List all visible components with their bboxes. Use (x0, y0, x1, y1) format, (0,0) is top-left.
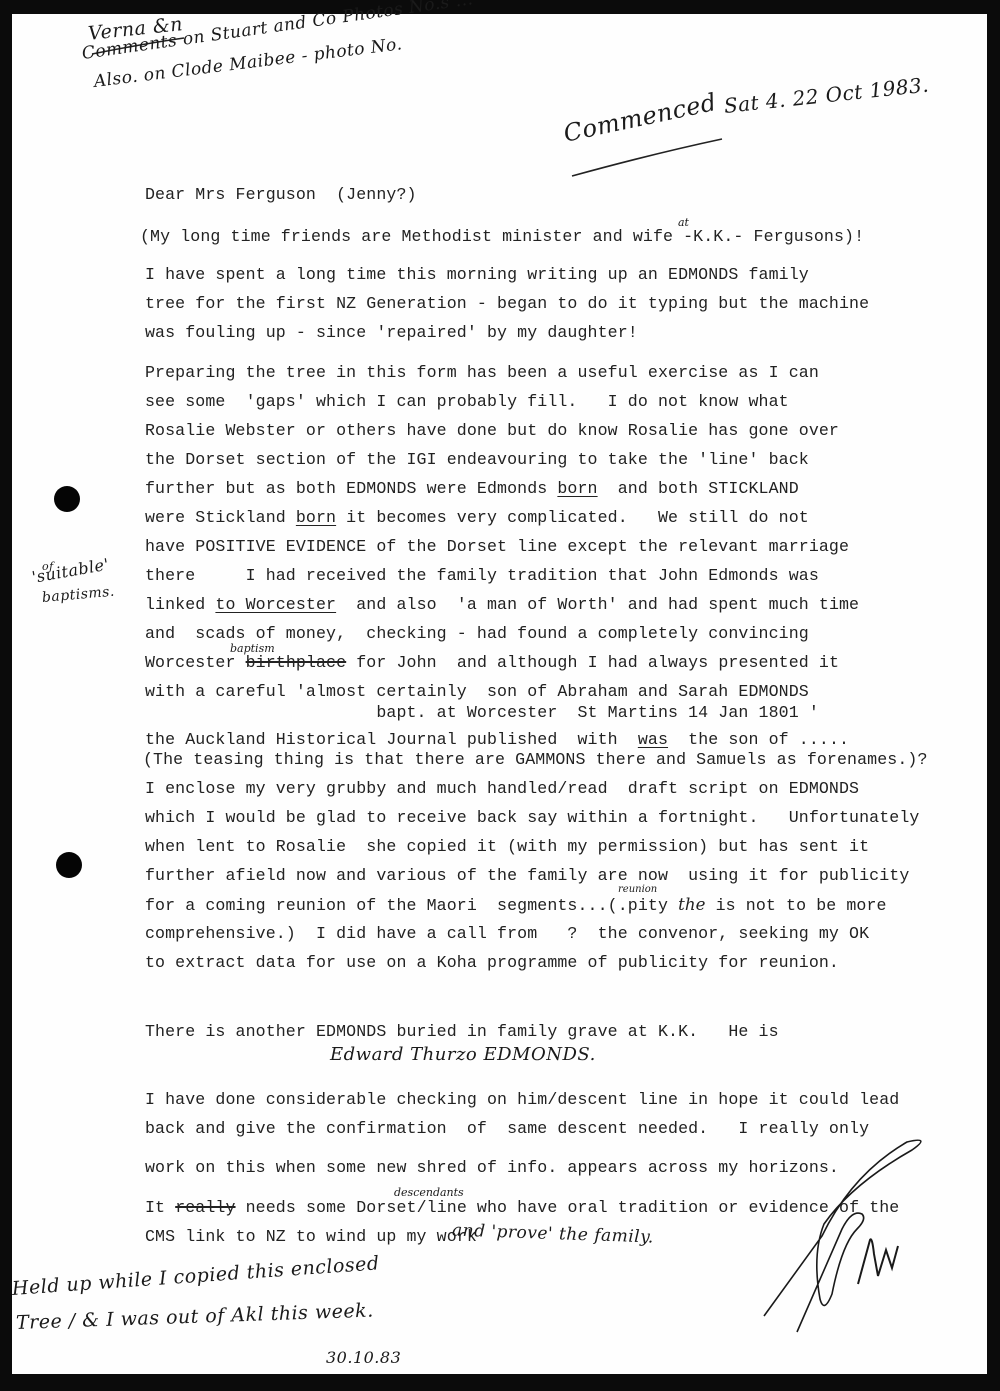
letter-line: I enclose my very grubby and much handle… (145, 779, 859, 798)
signature (12, 14, 22, 24)
letter-line: and scads of money, checking - had found… (145, 624, 809, 643)
commenced-label: Commenced (561, 88, 719, 148)
salutation: Dear Mrs Ferguson (Jenny?) (145, 185, 417, 204)
letter-line: I have spent a long time this morning wr… (145, 265, 809, 284)
letter-line: Worcester birthplace for John and althou… (145, 653, 839, 672)
letter-line: to extract data for use on a Koha progra… (145, 953, 839, 972)
margin-note-baptisms: baptisms. (41, 584, 115, 606)
letter-line: which I would be glad to receive back sa… (145, 808, 919, 827)
handwritten-note-tree: Tree / & I was out of Akl this week. (16, 1300, 374, 1334)
letter-line: further afield now and various of the fa… (145, 866, 909, 885)
letter-line: (The teasing thing is that there are GAM… (143, 750, 928, 769)
punch-hole-bottom (56, 852, 82, 878)
handwritten-prove-family: and 'prove' the family. (452, 1220, 655, 1247)
handwritten-edward: Edward Thurzo EDMONDS. (330, 1044, 596, 1065)
letter-line: Preparing the tree in this form has been… (145, 363, 819, 382)
letter-line: bapt. at Worcester St Martins 14 Jan 180… (145, 703, 819, 722)
letter-page: Verna &n Comments on Stuart and Co Photo… (12, 14, 987, 1374)
letter-line: There is another EDMONDS buried in famil… (145, 1022, 779, 1041)
letter-line: with a careful 'almost certainly son of … (145, 682, 809, 701)
letter-line: Rosalie Webster or others have done but … (145, 421, 839, 440)
commenced-date: Sat 4. 22 Oct 1983. (723, 73, 930, 118)
insert-reunion: reunion (618, 884, 657, 895)
letter-line: the Dorset section of the IGI endeavouri… (145, 450, 809, 469)
letter-line: work on this when some new shred of info… (145, 1158, 839, 1177)
letter-line: when lent to Rosalie she copied it (with… (145, 837, 869, 856)
letter-line: I have done considerable checking on him… (145, 1090, 899, 1109)
handwritten-note-held-up: Held up while I copied this enclosed (11, 1252, 380, 1300)
letter-line: comprehensive.) I did have a call from ?… (145, 924, 869, 943)
insert-at: at (678, 216, 689, 229)
letter-line: linked to Worcester and also 'a man of W… (145, 595, 859, 614)
letter-line: for a coming reunion of the Maori segmen… (145, 895, 887, 915)
letter-line: It really needs some Dorset/line who hav… (145, 1198, 899, 1217)
letter-line: the Auckland Historical Journal publishe… (145, 730, 849, 749)
letter-line: there I had received the family traditio… (145, 566, 819, 585)
letter-line: were Stickland born it becomes very comp… (145, 508, 809, 527)
punch-hole-top (54, 486, 80, 512)
letter-line: see some 'gaps' which I can probably fil… (145, 392, 789, 411)
letter-line: was fouling up - since 'repaired' by my … (145, 323, 638, 342)
letter-line: CMS link to NZ to wind up my work (145, 1227, 477, 1246)
letter-line: back and give the confirmation of same d… (145, 1119, 869, 1138)
handwritten-note-date: 30.10.83 (326, 1348, 401, 1367)
letter-line: tree for the first NZ Generation - began… (145, 294, 869, 313)
letter-line: have POSITIVE EVIDENCE of the Dorset lin… (145, 537, 849, 556)
letter-line: further but as both EDMONDS were Edmonds… (145, 479, 799, 498)
letter-line: (My long time friends are Methodist mini… (140, 227, 864, 246)
